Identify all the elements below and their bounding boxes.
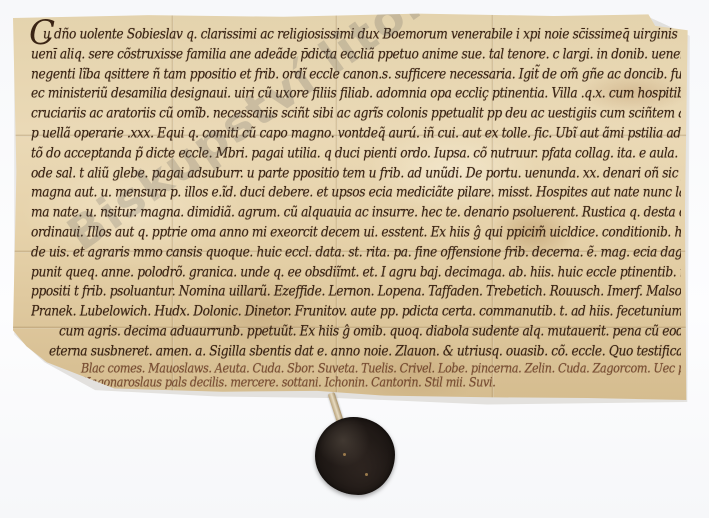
text-line: p uellã operarie .xxx. Equi q. comiti cũ… <box>31 123 681 145</box>
charter-text: u dño uolente Sobieslav q. clarissimi ac… <box>31 25 681 390</box>
witness-line: Blac comes. Mauoslaws. Aeuta. Cuda. Sbor… <box>31 361 681 377</box>
photo-stage: C u dño uolente Sobieslav q. clarissimi … <box>0 0 709 518</box>
seal-speck <box>343 453 346 456</box>
text-line: uenī aliq. sere cõstruxisse familia ane … <box>31 44 681 66</box>
text-line: eterna susbneret. amen. a. Sigilla sbent… <box>31 341 681 363</box>
text-line: tõ do acceptanda p̃ dicte eccle. Mbri. p… <box>31 143 681 165</box>
wax-seal <box>315 417 395 495</box>
text-line: ordinaui. Illos aut q. pptrie oma anno m… <box>31 222 681 244</box>
seal-speck <box>365 473 368 476</box>
text-line: cum agris. decima aduaurrunb. ppetuũt. E… <box>31 321 681 343</box>
witness-line: Hagonaroslaus pals decilis. mercere. sot… <box>31 375 681 391</box>
text-line: de uis. et agraris mmo cansis quoque. hu… <box>31 242 681 264</box>
text-line: u dño uolente Sobieslav q. clarissimi ac… <box>31 24 681 46</box>
parchment-charter: C u dño uolente Sobieslav q. clarissimi … <box>13 12 689 410</box>
